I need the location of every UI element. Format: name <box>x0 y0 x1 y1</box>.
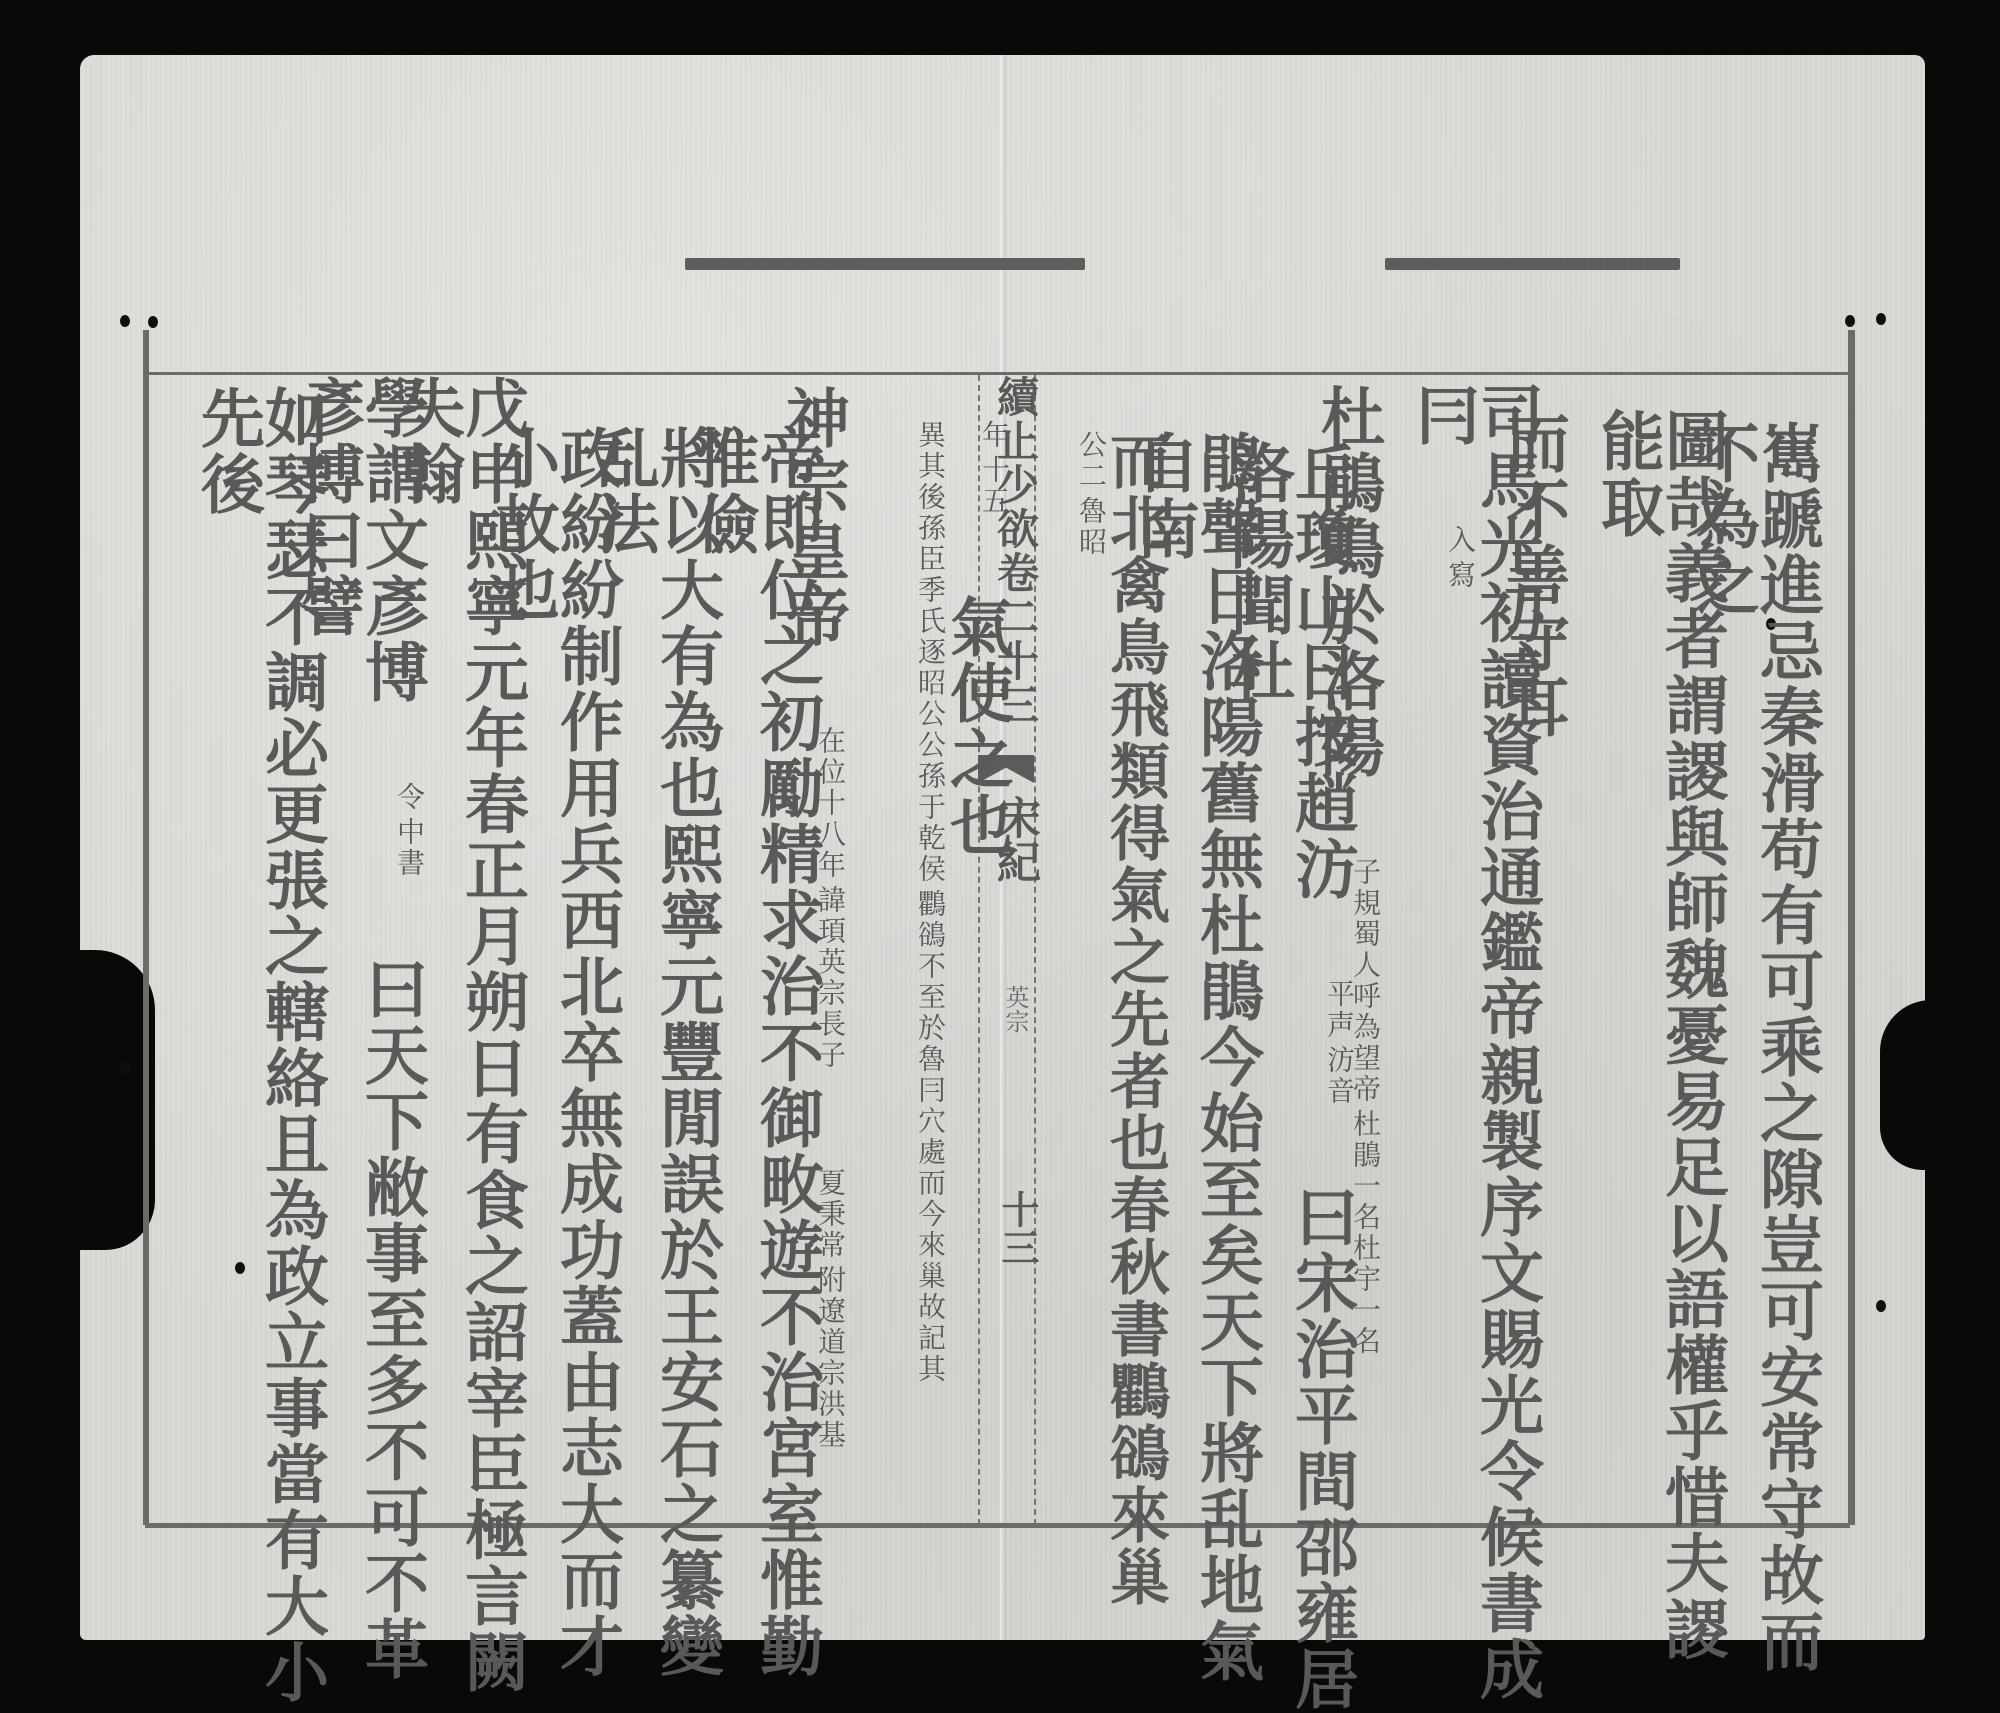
annotation: 中書 令 <box>395 782 423 879</box>
annotation: 魯昭 公二 <box>1077 430 1105 558</box>
text-column-r2: 圖哉義者謂謖與師魏憂易足以語權乎惜夫謖能取 <box>1595 408 1723 1713</box>
frame-right-rule <box>1848 330 1855 1525</box>
frame-left-rule <box>143 330 149 1525</box>
annotation: 寫 入 <box>1446 525 1474 591</box>
text-column-r4: 司馬光初讀資治通鑑帝親製序文賜光令候書成冃 寫 入 <box>1410 382 1538 1713</box>
text-column-l8: 如琴瑟不調必更張之轄絡且為政立事當有大小先後 <box>195 385 323 1713</box>
header-bar-right <box>1385 258 1680 270</box>
wormhole <box>1845 315 1855 327</box>
wormhole <box>120 1062 130 1074</box>
wormhole <box>1876 1300 1886 1312</box>
header-bar-left <box>685 258 1085 270</box>
wormhole <box>148 316 158 328</box>
wormhole <box>1876 313 1886 325</box>
annotation: 鸜鵒不至於魯冃穴處而今來巢故記其 異其後孫臣季氏逐昭公公孫于乾侯 <box>916 420 944 1385</box>
column-text: 如琴瑟不調必更張之轄絡且為政立事當有大小先後 <box>190 385 329 1705</box>
column-text: 氣使之也 <box>939 594 1014 858</box>
torn-edge-right <box>1880 1000 1940 1170</box>
column-text: 學謂文彥博 <box>354 375 429 705</box>
column-text: 而北禽鳥飛類得氣之先者也春秋書鸜鵒來巢 <box>1100 430 1170 1608</box>
text-column-r8: 而北禽鳥飛類得氣之先者也春秋書鸜鵒來巢 魯昭 公二 <box>1045 430 1165 1713</box>
torn-edge-left <box>60 950 155 1250</box>
annotation-top: 十五 年 <box>980 420 1008 517</box>
column-text: 圖哉義者謂謖與師魏憂易足以語權乎惜夫謖能取 <box>1590 408 1729 1662</box>
text-column-l1: 十五 年 氣使之也 鸜鵒不至於魯冃穴處而今來巢故記其 異其後孫臣季氏逐昭公公孫于… <box>880 420 1008 1713</box>
wormhole <box>120 315 130 327</box>
column-text: 丘瓊山日按趙汸 <box>1284 440 1359 902</box>
annotation: 汸音 平声 <box>1325 979 1353 1107</box>
